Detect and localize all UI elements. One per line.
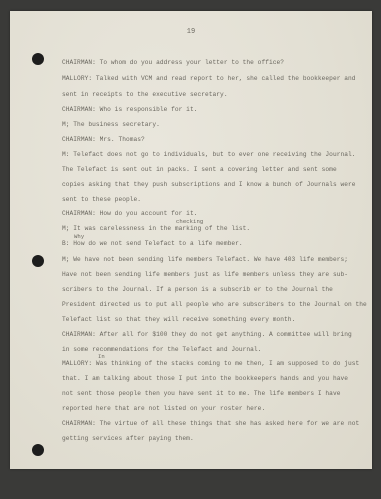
transcript-line: CHAIRMAN: Who is responsible for it.: [62, 106, 197, 113]
transcript-line: sent to these people.: [62, 196, 141, 203]
page-number: 19: [10, 28, 372, 36]
transcript-line: MALLORY: Was thinking of the stacks comi…: [62, 360, 359, 367]
punch-hole-middle: [32, 255, 44, 267]
transcript-line: President directed us to put all people …: [62, 301, 367, 308]
transcript-line: The Telefact is sent out in packs. I sen…: [62, 166, 337, 173]
interlinear-correction-why: Why: [74, 233, 84, 240]
transcript-line: reported here that are not listed on you…: [62, 405, 265, 412]
transcript-line: Telefact list so that they will receive …: [62, 316, 295, 323]
punch-hole-bottom: [32, 444, 44, 456]
transcript-line: CHAIRMAN: Mrs. Thomas?: [62, 136, 145, 143]
transcript-line: sent in receipts to the executive secret…: [62, 91, 228, 98]
transcript-line: CHAIRMAN: The virtue of all these things…: [62, 420, 359, 427]
punch-hole-top: [32, 53, 44, 65]
transcript-line: M: Telefact does not go to individuals, …: [62, 151, 356, 158]
transcript-line: CHAIRMAN: How do you account for it.: [62, 210, 197, 217]
transcript-line: that. I am talking about those I put int…: [62, 375, 348, 382]
transcript-line: CHAIRMAN: After all for $100 they do not…: [62, 331, 352, 338]
transcript-line: CHAIRMAN: To whom do you address your le…: [62, 59, 284, 66]
transcript-line: Have not been sending life members just …: [62, 271, 348, 278]
transcript-line: M; It was carelessness in the marking of…: [62, 225, 250, 232]
transcript-line: M; We have not been sending life members…: [62, 256, 348, 263]
transcript-line: scribers to the Journal. If a person is …: [62, 286, 333, 293]
transcript-line: getting services after paying them.: [62, 435, 194, 442]
transcript-line: MALLORY: Talked with VCM and read report…: [62, 75, 356, 82]
transcript-line: M; The business secretary.: [62, 121, 160, 128]
document-page: 19 CHAIRMAN: To whom do you address your…: [10, 11, 372, 469]
transcript-line: not sent those people then you have sent…: [62, 390, 340, 397]
interlinear-correction-checking: checking: [176, 218, 203, 225]
transcript-line: in some recommendations for the Telefact…: [62, 346, 261, 353]
interlinear-correction-in: In: [98, 353, 105, 360]
transcript-line: copies asking that they push subscriptio…: [62, 181, 356, 188]
transcript-line: B: How do we not send Telefact to a life…: [62, 240, 243, 247]
